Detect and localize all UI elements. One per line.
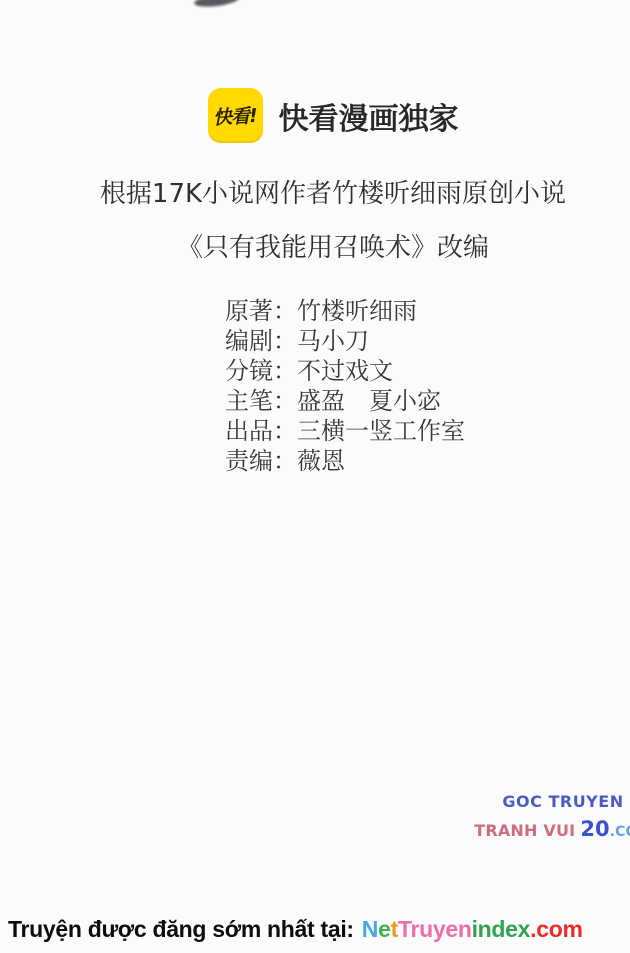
footer-domain-segment: e [378,916,391,942]
credit-label: 编剧： [225,327,297,355]
credit-row-original-author: 原著：竹楼听细雨 [225,296,465,326]
credit-value: 马小刀 [297,327,369,355]
watermark-tranhvui20: TRANH VUI 20 .COM [496,819,630,840]
credit-label: 责编： [225,447,297,475]
footer-domain-segment: N [362,916,378,942]
watermark-goc-truyen: GOC TRUYEN [496,794,630,810]
watermark-tranh-vui-text: TRANH VUI [474,823,575,839]
watermark-com-text: .COM [610,825,630,839]
credit-row-editor: 责编：薇恩 [225,446,465,476]
kuaikan-badge-icon: 快看! [208,88,263,143]
credit-label: 出品： [225,417,297,445]
watermark-20-text: 20 [580,819,609,840]
footer-domain-segment: Truyen [398,916,472,942]
credit-label: 主笔： [225,387,297,415]
site-watermark: GOC TRUYEN TRANH VUI 20 .COM [496,794,630,840]
footer-prefix-text: Truyện được đăng sớm nhất tại: [8,916,354,942]
footer-banner: Truyện được đăng sớm nhất tại:NetTruyeni… [8,916,583,943]
credit-value: 盛盈 夏小宓 [297,387,441,415]
kuaikan-badge-text: 快看! [212,101,257,130]
kuaikan-exclusive-title: 快看漫画独家 [279,94,459,138]
footer-domain-segment: .com [530,916,582,942]
credits-list: 原著：竹楼听细雨 编剧：马小刀 分镜：不过戏文 主笔：盛盈 夏小宓 出品：三横一… [225,296,465,476]
credit-label: 分镜： [225,357,297,385]
credit-value: 三横一竖工作室 [297,417,465,445]
credit-row-screenwriter: 编剧：马小刀 [225,326,465,356]
footer-domain-segment: index [472,916,531,942]
footer-domain-segment: t [391,916,398,942]
adaptation-title-line: 《只有我能用召唤术》改编 [18,227,630,264]
credit-row-production: 出品：三横一竖工作室 [225,416,465,446]
credit-row-storyboard: 分镜：不过戏文 [225,356,465,386]
credits-content: 快看! 快看漫画独家 根据17K小说网作者竹楼听细雨原创小说 《只有我能用召唤术… [18,0,630,476]
credit-label: 原著： [225,297,297,325]
kuaikan-logo: 快看! 快看漫画独家 [18,88,630,143]
comic-credits-page: 快看! 快看漫画独家 根据17K小说网作者竹楼听细雨原创小说 《只有我能用召唤术… [0,0,630,953]
credit-row-lead-artist: 主笔：盛盈 夏小宓 [225,386,465,416]
credit-value: 不过戏文 [297,357,393,385]
footer-domain-nettruyenindex: NetTruyenindex.com [362,916,583,942]
credit-value: 薇恩 [297,447,345,475]
adaptation-source-line: 根据17K小说网作者竹楼听细雨原创小说 [18,173,630,210]
credit-value: 竹楼听细雨 [297,297,417,325]
